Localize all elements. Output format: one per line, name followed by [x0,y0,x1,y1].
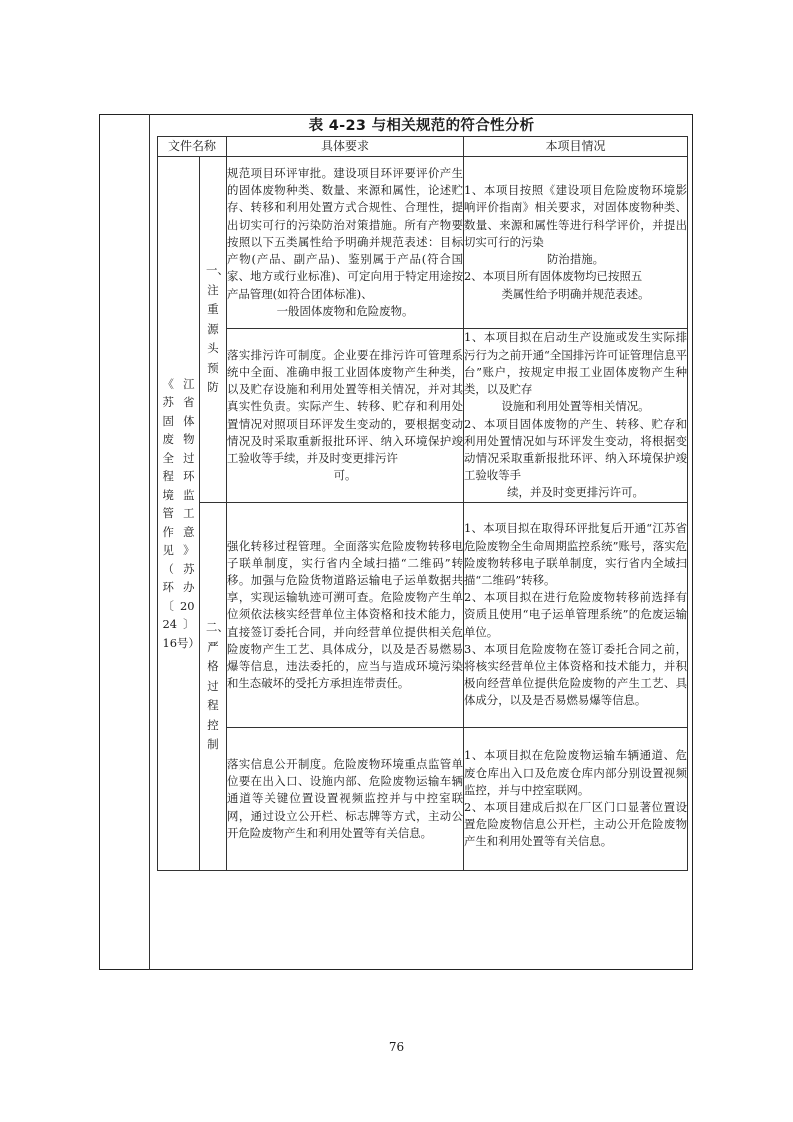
table-title: 表 4-23 与相关规范的符合性分析 [150,116,693,136]
status-text: 设施和利用处置等相关情况。 [464,398,687,415]
requirement-cell: 强化转移过程管理。全面落实危险废物转移电子联单制度，实行省内全域扫描“二维码”转… [227,503,464,728]
requirement-cell: 落实信息公开制度。危险废物环境重点监管单位要在出入口、设施内部、危险废物运输车辆… [227,728,464,871]
table-row: 落实信息公开制度。危险废物环境重点监管单位要在出入口、设施内部、危险废物运输车辆… [158,728,688,871]
status-text: 1、本项目拟在取得环评批复后开通“江苏省危险废物全生命周期监控系统”账号，落实危… [464,520,687,589]
status-text: 2、本项目所有固体废物均已按照五 [464,268,687,285]
page-number: 76 [0,1040,793,1054]
requirement-text: 落实信息公开制度。危险废物环境重点监管单位要在出入口、设施内部、危险废物运输车辆… [227,756,463,842]
table-row: 《江苏省固体废物全过程环境监管工作意见》（苏环办〔2024〕16号） 一、注重源… [158,157,688,329]
category-label: 一、注重源头预防 [206,261,220,398]
status-text: 2、本项目建成后拟在厂区门口显著位置设置危险废物信息公开栏，主动公开危险废物产生… [464,799,687,851]
requirement-text: 一般固体废物和危险废物。 [227,303,463,320]
document-name: 《江苏省固体废物全过程环境监管工作意见》（苏环办〔2024〕16号） [163,375,195,653]
requirement-cell: 规范项目环评审批。建设项目环评要评价产生的固体废物种类、数量、来源和属性，论述贮… [227,157,464,329]
requirement-text: 强化转移过程管理。全面落实危险废物转移电子联单制度，实行省内全域扫描“二维码”转… [227,538,463,693]
table-row: 落实排污许可制度。企业要在排污许可管理系统中全面、准确申报工业固体废物产生种类，… [158,329,688,503]
header-document-name: 文件名称 [158,137,227,157]
status-text: 防治措施。 [464,251,687,268]
header-row: 文件名称 具体要求 本项目情况 [158,137,688,157]
status-text: 1、本项目拟在危险废物运输车辆通道、危废仓库出入口及危废仓库内部分别设置视频监控… [464,747,687,799]
status-cell: 1、本项目拟在取得环评批复后开通“江苏省危险废物全生命周期监控系统”账号，落实危… [464,503,688,728]
status-text: 2、本项目固体废物的产生、转移、贮存和利用处置情况如与环评发生变动，将根据变动情… [464,416,687,485]
table-row: 二、严格过程控制 强化转移过程管理。全面落实危险废物转移电子联单制度，实行省内全… [158,503,688,728]
requirement-text: 可。 [227,467,463,484]
document-name-cell: 《江苏省固体废物全过程环境监管工作意见》（苏环办〔2024〕16号） [158,157,200,871]
status-text: 2、本项目拟在进行危险废物转移前选择有资质且使用“电子运单管理系统”的危废运输单… [464,589,687,641]
requirement-text: 落实排污许可制度。企业要在排污许可管理系统中全面、准确申报工业固体废物产生种类，… [227,347,463,467]
status-text: 1、本项目拟在启动生产设施或发生实际排污行为之前开通“全国排污许可证管理信息平台… [464,329,687,398]
category-label: 二、严格过程控制 [206,618,220,755]
status-cell: 1、本项目拟在危险废物运输车辆通道、危废仓库出入口及危废仓库内部分别设置视频监控… [464,728,688,871]
status-text: 3、本项目危险废物在签订委托合同之前，将核实经营单位主体资格和技术能力，并积极向… [464,641,687,710]
header-requirement: 具体要求 [227,137,464,157]
status-cell: 1、本项目拟在启动生产设施或发生实际排污行为之前开通“全国排污许可证管理信息平台… [464,329,688,503]
requirement-text: 规范项目环评审批。建设项目环评要评价产生的固体废物种类、数量、来源和属性，论述贮… [227,165,463,303]
frame-divider [149,114,150,970]
compliance-table: 文件名称 具体要求 本项目情况 《江苏省固体废物全过程环境监管工作意见》（苏环办… [157,136,688,871]
category-cell: 二、严格过程控制 [200,503,227,871]
status-cell: 1、本项目按照《建设项目危险废物环境影响评价指南》相关要求，对固体废物种类、数量… [464,157,688,329]
status-text: 1、本项目按照《建设项目危险废物环境影响评价指南》相关要求，对固体废物种类、数量… [464,182,687,251]
status-text: 续，并及时变更排污许可。 [464,484,687,501]
requirement-cell: 落实排污许可制度。企业要在排污许可管理系统中全面、准确申报工业固体废物产生种类，… [227,329,464,503]
status-text: 类属性给予明确并规范表述。 [464,286,687,303]
header-project-status: 本项目情况 [464,137,688,157]
category-cell: 一、注重源头预防 [200,157,227,503]
